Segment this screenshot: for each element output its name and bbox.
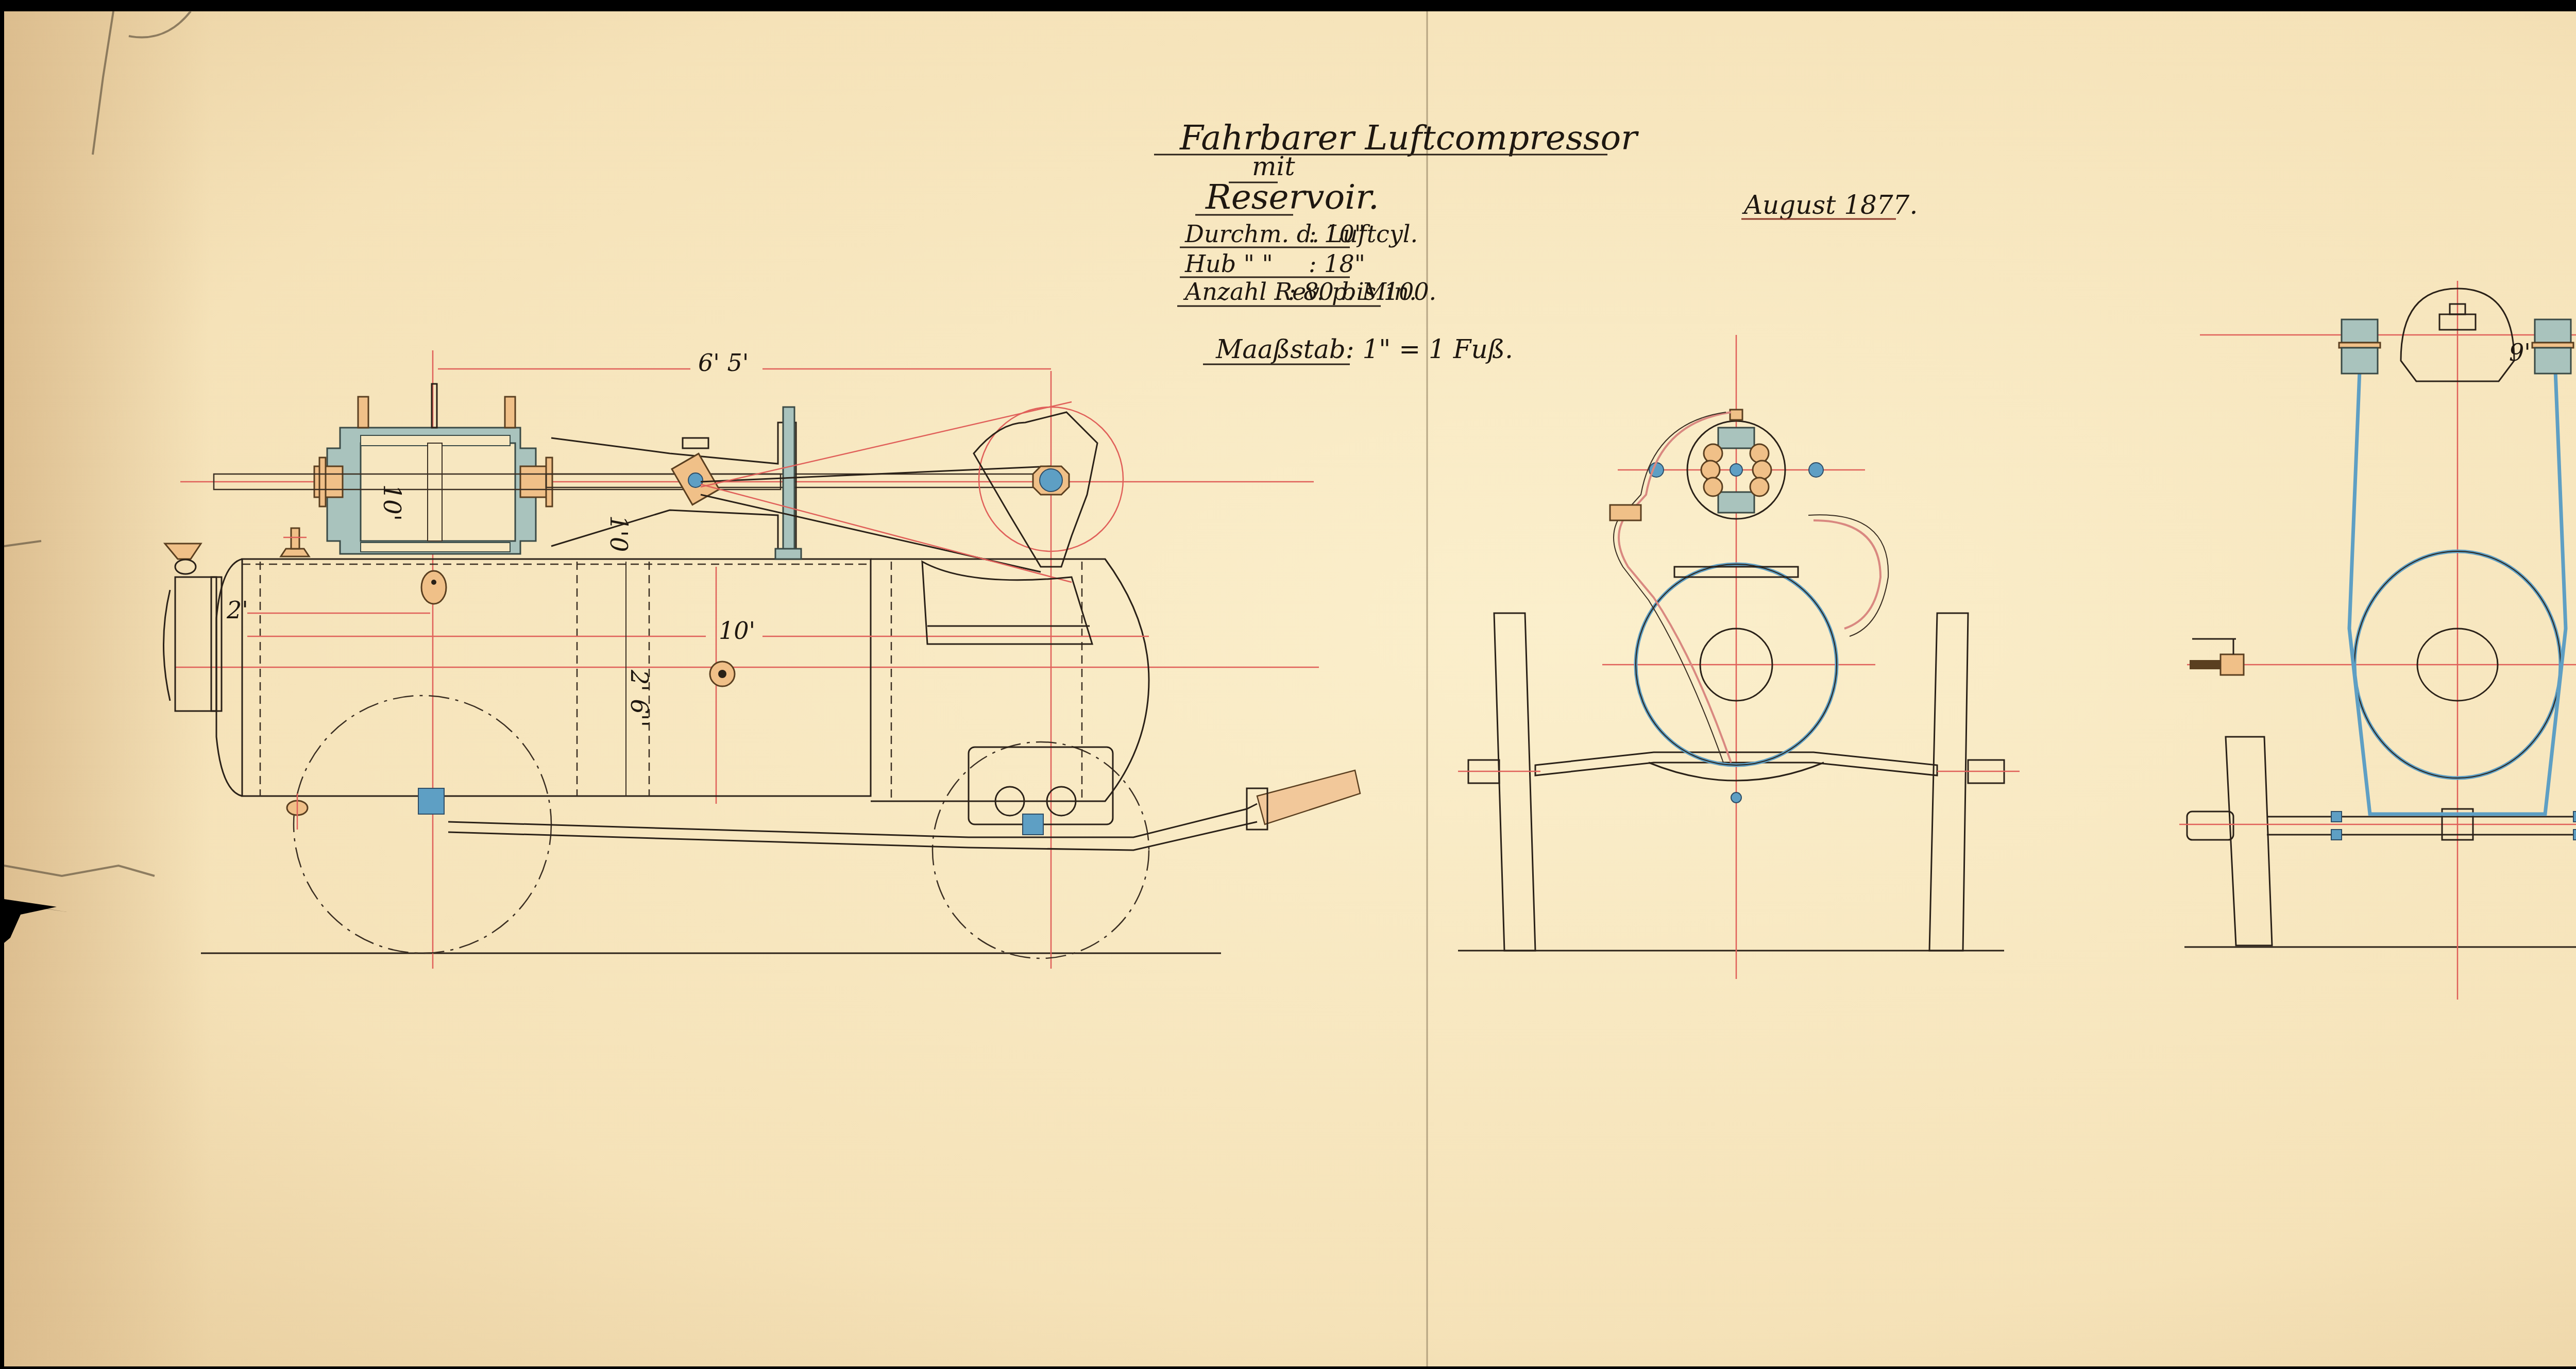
- title-line-3: Reservoir.: [1205, 177, 1379, 217]
- engineering-drawing: Fahrbarer Luftcompressor mit Reservoir. …: [0, 0, 2576, 1369]
- dim-bore-upper: 10': [378, 484, 406, 521]
- drain-cock: [2221, 654, 2244, 675]
- spec-rpm-value: : 80 bis 100.: [1288, 278, 1436, 306]
- spec-bore-label: Durchm. d. Luftcyl.: [1184, 220, 1418, 248]
- dim-tank-length: 10': [719, 617, 755, 645]
- dim-tank-offset: 2': [226, 596, 248, 624]
- crank-pin: [1040, 469, 1062, 492]
- dim-bore-lower: 1'0: [605, 515, 633, 552]
- axle-block: [418, 788, 444, 814]
- dim-tank-height: 2' 6'': [625, 669, 653, 727]
- spec-stroke-label: Hub " ": [1184, 250, 1273, 278]
- drawing-sheet: Fahrbarer Luftcompressor mit Reservoir. …: [0, 0, 2576, 1369]
- date-note: August 1877.: [1742, 190, 1918, 220]
- dim-frame-height: 9': [2509, 339, 2531, 366]
- scale-note: Maaßstab: 1" = 1 Fuß.: [1215, 334, 1513, 364]
- spec-stroke-value: : 18": [1309, 250, 1365, 278]
- spec-bore-value: : 10": [1309, 220, 1365, 248]
- title-line-1: Fahrbarer Luftcompressor: [1179, 118, 1639, 158]
- manhole-cover: [421, 571, 446, 604]
- dim-overall: 6' 5': [698, 349, 749, 377]
